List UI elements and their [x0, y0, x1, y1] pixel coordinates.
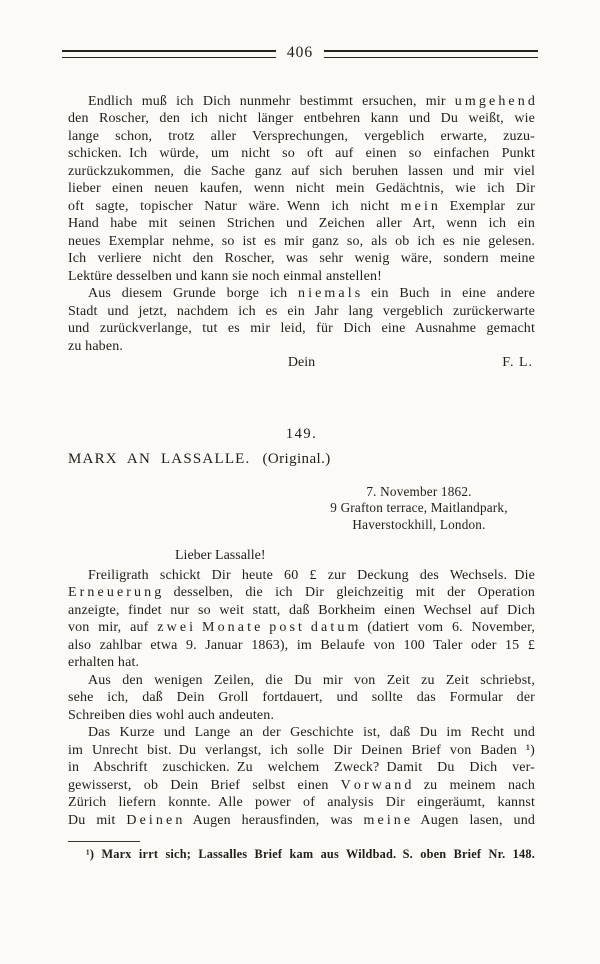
text-line: Du mit D e i n e n Augen herausfinden, w…	[68, 812, 535, 830]
paragraph: Aus den wenigen Zeilen, die Du mir von Z…	[68, 672, 535, 725]
letter-149: 149. MARX AN LASSALLE.(Original.) 7. Nov…	[68, 425, 535, 830]
page-number: 406	[287, 45, 313, 63]
valediction: Dein	[288, 355, 315, 371]
text-line: also zahlbar etwa 9. Januar 1863), im Be…	[68, 637, 535, 655]
text-column: Endlich muß ich Dich nunmehr bestimmt er…	[0, 63, 600, 863]
text-line: Zürich liefern konnte. Alle power of ana…	[68, 794, 535, 812]
text-line: oft sagte, topischer Natur wäre. Wenn ic…	[68, 198, 535, 216]
footnote-marker: ¹)	[86, 847, 94, 861]
footnote-text: Marx irrt sich; Lassalles Brief kam aus …	[101, 847, 535, 861]
text-line: zu haben.	[68, 338, 535, 356]
text-line: Das Kurze und Lange an der Geschichte is…	[68, 724, 535, 742]
previous-letter-ending: Endlich muß ich Dich nunmehr bestimmt er…	[68, 93, 535, 373]
paragraph: Das Kurze und Lange an der Geschichte is…	[68, 724, 535, 829]
text-line: Stadt und jetzt, nachdem ich es ein Jahr…	[68, 303, 535, 321]
letter-heading-origin-note: (Original.)	[263, 451, 331, 467]
text-line: lange schon, trotz aller Versprechungen,…	[68, 128, 535, 146]
signature-row: Dein F. L.	[68, 355, 535, 373]
text-line: E r n e u e r u n g desselben, die ich D…	[68, 584, 535, 602]
prev-letter-paragraphs: Endlich muß ich Dich nunmehr bestimmt er…	[68, 93, 535, 356]
paragraph: Freiligrath schickt Dir heute 60 £ zur D…	[68, 567, 535, 672]
text-line: neues Exemplar nehme, so ist es mir ganz…	[68, 233, 535, 251]
text-line: erhalten hat.	[68, 654, 535, 672]
letter-heading: MARX AN LASSALLE.(Original.)	[68, 449, 535, 469]
header-rule-left	[62, 50, 276, 58]
paragraph: Aus diesem Grunde borge ich n i e m a l …	[68, 285, 535, 355]
text-line: Schreiben dies wohl auch andeuten.	[68, 707, 535, 725]
text-line: Freiligrath schickt Dir heute 60 £ zur D…	[68, 567, 535, 585]
text-line: anzeigte, findet nur so weit statt, daß …	[68, 602, 535, 620]
letter-heading-title: MARX AN LASSALLE.	[68, 451, 251, 467]
text-line: den Roscher, den ich nicht länger entbeh…	[68, 110, 535, 128]
dateline: 7. November 1862. 9 Grafton terrace, Mai…	[313, 484, 525, 534]
salutation: Lieber Lassalle!	[68, 547, 535, 565]
text-line: schicken. Ich würde, um nicht so oft auf…	[68, 145, 535, 163]
letter-number: 149.	[68, 425, 535, 443]
text-line: Aus diesem Grunde borge ich n i e m a l …	[68, 285, 535, 303]
letter-body-paragraphs: Freiligrath schickt Dir heute 60 £ zur D…	[68, 567, 535, 830]
dateline-date: 7. November 1862.	[313, 484, 525, 501]
dateline-address-1: 9 Grafton terrace, Maitlandpark,	[313, 500, 525, 517]
running-header: 406	[62, 45, 538, 63]
header-rule-right	[324, 50, 538, 58]
text-line: und zurückverlange, tut es mir leid, für…	[68, 320, 535, 338]
text-line: Ich verliere nicht den Roscher, was sehr…	[68, 250, 535, 268]
text-line: zurückzukommen, die Sache ganz auf sich …	[68, 163, 535, 181]
footnote-separator	[68, 841, 140, 842]
text-line: von mir, auf z w e i M o n a t e p o s t…	[68, 619, 535, 637]
text-line: im Unrecht bist. Du verlangst, ich solle…	[68, 742, 535, 760]
text-line: Hand habe mit seinen Strichen und Zeiche…	[68, 215, 535, 233]
text-line: Endlich muß ich Dich nunmehr bestimmt er…	[68, 93, 535, 111]
text-line: gewisserst, ob Dein Brief selbst einen V…	[68, 777, 535, 795]
book-page: 406 Endlich muß ich Dich nunmehr bestimm…	[0, 0, 600, 964]
text-line: lieber einen neuen kaufen, wenn nicht me…	[68, 180, 535, 198]
signature-initials: F. L.	[502, 355, 533, 371]
text-line: in Abschrift zuschicken. Zu welchem Zwec…	[68, 759, 535, 777]
paragraph: Endlich muß ich Dich nunmehr bestimmt er…	[68, 93, 535, 286]
text-line: sehe ich, daß Dein Groll fortdauert, und…	[68, 689, 535, 707]
dateline-address-2: Haverstockhill, London.	[313, 517, 525, 534]
footnote: ¹) Marx irrt sich; Lassalles Brief kam a…	[68, 846, 535, 862]
text-line: Lektüre desselben und kann sie noch einm…	[68, 268, 535, 286]
text-line: Aus den wenigen Zeilen, die Du mir von Z…	[68, 672, 535, 690]
